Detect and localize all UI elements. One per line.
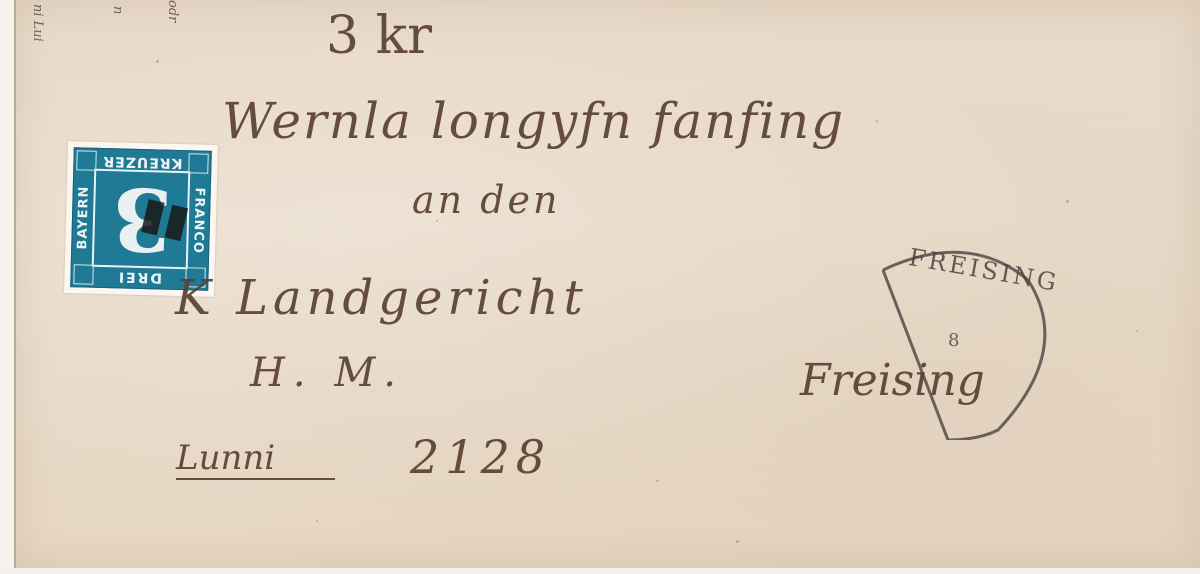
stamp-corner [73,264,94,285]
margin-note: n [110,6,125,14]
postmark: FREISING 8 [878,240,1058,440]
registry-number: 2128 [410,430,551,484]
margin-note: odr [165,0,180,22]
stamp-corner [76,150,97,171]
address-line-4: Freising [800,355,985,406]
margin-note: ni Lui [30,4,45,42]
note-left: Lunni [176,438,335,480]
paper-speck [1136,330,1138,332]
stamp-country-text: BAYERN [75,170,93,264]
paper-speck [156,60,159,63]
address-line-1: Wernla longyfn fanfing [222,92,845,150]
background-edge [0,568,1200,574]
rate-mark: 3 kr [326,6,432,66]
paper-speck [736,540,739,543]
address-line-5: H. M. [250,350,404,396]
stamp-bottom-text: DREI [93,268,185,286]
stamp-franco-text: FRANCO [189,173,207,267]
paper-speck [876,120,878,123]
paper-speck [1066,200,1069,203]
address-line-2: an den [412,178,561,222]
paper-speck [656,480,659,482]
stamp-corner [188,153,209,174]
background-edge [0,0,14,574]
postmark-day: 8 [948,330,959,351]
address-line-3: K Landgericht [175,270,588,326]
paper-speck [316,520,318,522]
